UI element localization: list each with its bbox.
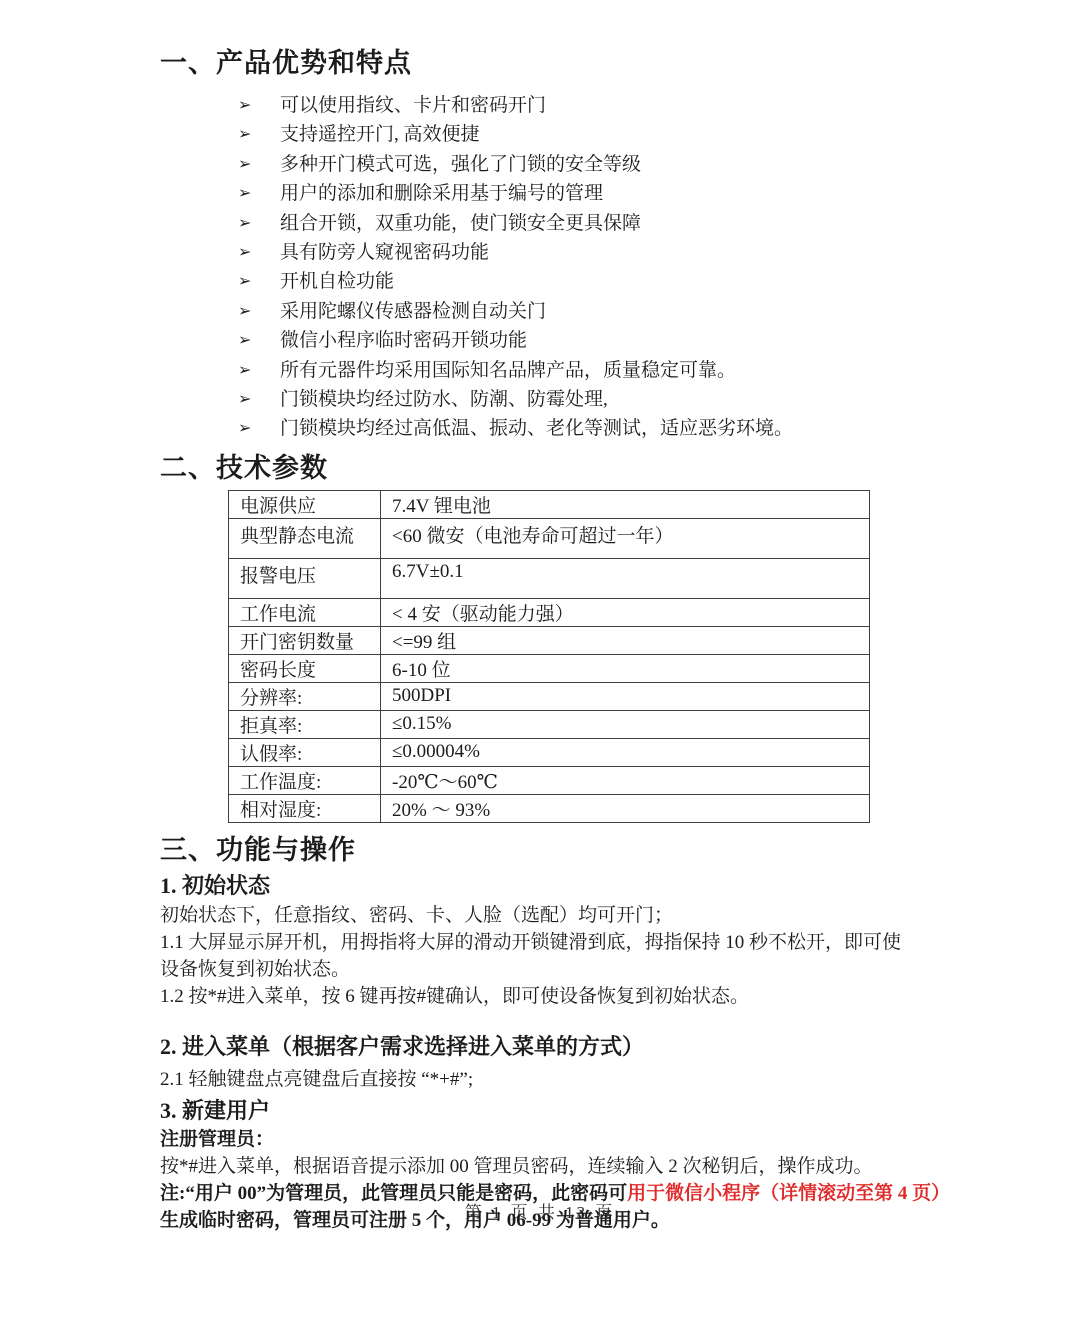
spec-label: 报警电压 [229, 558, 381, 598]
feature-text: 所有元器件均采用国际知名品牌产品，质量稳定可靠。 [280, 360, 736, 381]
feature-text: 支持遥控开门, 高效便捷 [280, 124, 480, 145]
table-row: 相对湿度:20% ～ 93% [229, 794, 870, 822]
list-item: ➢组合开锁，双重功能，使门锁安全更具保障 [238, 209, 1022, 238]
spec-table: 电源供应7.4V 锂电池 典型静态电流<60 微安（电池寿命可超过一年） 报警电… [228, 490, 870, 823]
spec-value: 20% ～ 93% [381, 794, 870, 822]
arrow-bullet-icon: ➢ [238, 326, 251, 355]
spec-label: 拒真率: [229, 710, 381, 738]
spec-value: ≤0.15% [381, 710, 870, 738]
spec-label: 工作温度: [229, 766, 381, 794]
list-item: ➢具有防旁人窥视密码功能 [238, 238, 1022, 267]
arrow-bullet-icon: ➢ [238, 356, 251, 385]
subsection-enter-menu-title: 2. 进入菜单（根据客户需求选择进入菜单的方式） [160, 1032, 1022, 1062]
table-row: 认假率:≤0.00004% [229, 738, 870, 766]
subsection-new-user-title: 3. 新建用户 [160, 1097, 1022, 1125]
body-text: 初始状态下，任意指纹、密码、卡、人脸（选配）均可开门； [160, 902, 1022, 929]
arrow-bullet-icon: ➢ [238, 120, 251, 149]
list-item: ➢用户的添加和删除采用基于编号的管理 [238, 179, 1022, 208]
arrow-bullet-icon: ➢ [238, 179, 251, 208]
spec-label: 认假率: [229, 738, 381, 766]
spec-value: 7.4V 锂电池 [381, 490, 870, 518]
arrow-bullet-icon: ➢ [238, 209, 251, 238]
section2-title: 二、技术参数 [160, 450, 1022, 486]
feature-text: 用户的添加和删除采用基于编号的管理 [280, 183, 603, 204]
spec-value: < 4 安（驱动能力强） [381, 598, 870, 626]
spec-label: 电源供应 [229, 490, 381, 518]
feature-text: 可以使用指纹、卡片和密码开门 [280, 95, 546, 116]
table-row: 典型静态电流<60 微安（电池寿命可超过一年） [229, 518, 870, 558]
document-page: 一、产品优势和特点 ➢可以使用指纹、卡片和密码开门 ➢支持遥控开门, 高效便捷 … [0, 0, 1080, 1331]
section3-title: 三、功能与操作 [160, 832, 1022, 868]
body-text: 1.1 大屏显示屏开机，用拇指将大屏的滑动开锁键滑到底，拇指保持 10 秒不松开… [160, 929, 1022, 956]
arrow-bullet-icon: ➢ [238, 150, 251, 179]
feature-text: 组合开锁，双重功能，使门锁安全更具保障 [280, 213, 641, 234]
table-row: 分辨率:500DPI [229, 682, 870, 710]
spec-label: 典型静态电流 [229, 518, 381, 558]
body-text: 按*#进入菜单，根据语音提示添加 00 管理员密码，连续输入 2 次秘钥后，操作… [160, 1153, 1022, 1180]
arrow-bullet-icon: ➢ [238, 238, 251, 267]
section1-title: 一、产品优势和特点 [160, 45, 1022, 81]
spec-label: 开门密钥数量 [229, 626, 381, 654]
list-item: ➢开机自检功能 [238, 267, 1022, 296]
spec-value: <60 微安（电池寿命可超过一年） [381, 518, 870, 558]
spec-label: 相对湿度: [229, 794, 381, 822]
arrow-bullet-icon: ➢ [238, 297, 251, 326]
feature-text: 具有防旁人窥视密码功能 [280, 242, 489, 263]
arrow-bullet-icon: ➢ [238, 91, 251, 120]
spec-value: -20℃～60℃ [381, 766, 870, 794]
spec-value: <=99 组 [381, 626, 870, 654]
list-item: ➢采用陀螺仪传感器检测自动关门 [238, 297, 1022, 326]
admin-register-label: 注册管理员： [160, 1127, 1022, 1153]
body-text: 2.1 轻触键盘点亮键盘后直接按 “*+#”; [160, 1066, 1022, 1093]
spec-label: 密码长度 [229, 654, 381, 682]
list-item: ➢支持遥控开门, 高效便捷 [238, 120, 1022, 149]
table-row: 开门密钥数量<=99 组 [229, 626, 870, 654]
body-text: 设备恢复到初始状态。 [160, 956, 1022, 983]
spec-value: ≤0.00004% [381, 738, 870, 766]
feature-text: 采用陀螺仪传感器检测自动关门 [280, 301, 546, 322]
page-number: 第 1 页 共 13 页 [0, 1198, 1080, 1223]
list-item: ➢可以使用指纹、卡片和密码开门 [238, 91, 1022, 120]
feature-text: 门锁模块均经过防水、防潮、防霉处理, [280, 389, 608, 410]
spec-value: 500DPI [381, 682, 870, 710]
spec-label: 分辨率: [229, 682, 381, 710]
list-item: ➢门锁模块均经过高低温、振动、老化等测试，适应恶劣环境。 [238, 414, 1022, 443]
arrow-bullet-icon: ➢ [238, 267, 251, 296]
feature-text: 门锁模块均经过高低温、振动、老化等测试，适应恶劣环境。 [280, 418, 793, 439]
feature-text: 多种开门模式可选，强化了门锁的安全等级 [280, 154, 641, 175]
table-row: 拒真率:≤0.15% [229, 710, 870, 738]
spec-label: 工作电流 [229, 598, 381, 626]
list-item: ➢微信小程序临时密码开锁功能 [238, 326, 1022, 355]
body-text: 1.2 按*#进入菜单，按 6 键再按#键确认，即可使设备恢复到初始状态。 [160, 983, 1022, 1010]
subsection-initial-state-title: 1. 初始状态 [160, 872, 1022, 900]
table-row: 电源供应7.4V 锂电池 [229, 490, 870, 518]
feature-list: ➢可以使用指纹、卡片和密码开门 ➢支持遥控开门, 高效便捷 ➢多种开门模式可选，… [160, 91, 1022, 444]
arrow-bullet-icon: ➢ [238, 385, 251, 414]
list-item: ➢所有元器件均采用国际知名品牌产品，质量稳定可靠。 [238, 356, 1022, 385]
list-item: ➢门锁模块均经过防水、防潮、防霉处理, [238, 385, 1022, 414]
table-row: 报警电压6.7V±0.1 [229, 558, 870, 598]
table-row: 工作电流< 4 安（驱动能力强） [229, 598, 870, 626]
table-row: 密码长度6-10 位 [229, 654, 870, 682]
spec-value: 6.7V±0.1 [381, 558, 870, 598]
spec-value: 6-10 位 [381, 654, 870, 682]
arrow-bullet-icon: ➢ [238, 414, 251, 443]
feature-text: 微信小程序临时密码开锁功能 [280, 330, 527, 351]
table-row: 工作温度:-20℃～60℃ [229, 766, 870, 794]
feature-text: 开机自检功能 [280, 271, 394, 292]
list-item: ➢多种开门模式可选，强化了门锁的安全等级 [238, 150, 1022, 179]
